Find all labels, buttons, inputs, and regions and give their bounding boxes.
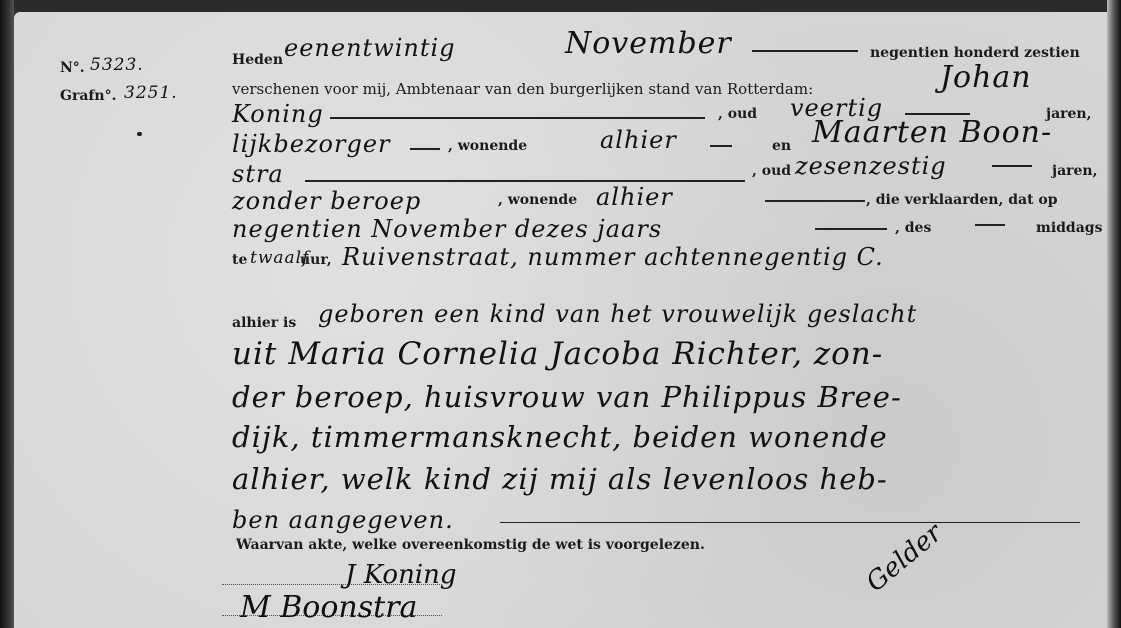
hand-firstname: Johan — [940, 60, 1032, 95]
ink-spot — [137, 132, 142, 136]
printed-oud-2: , oud — [752, 163, 791, 179]
fill-line — [330, 117, 705, 119]
printed-middags: middags — [1036, 220, 1102, 236]
scan-right-border — [1107, 0, 1121, 628]
hand-day: eenentwintig — [284, 34, 456, 62]
hand-residence: alhier — [600, 126, 677, 154]
printed-closing: Waarvan akte, welke overeenkomstig de we… — [236, 537, 705, 553]
printed-des: , des — [895, 220, 931, 236]
fill-line — [992, 165, 1032, 167]
signature-declarant-1: J Koning — [345, 560, 457, 590]
hand-declaration-end: ben aangegeven. — [232, 506, 454, 534]
hand-surname: Koning — [232, 100, 324, 128]
printed-jaren-2: jaren, — [1052, 163, 1097, 179]
printed-declared: , die verklaarden, dat op — [866, 192, 1058, 208]
printed-jaren: jaren, — [1046, 106, 1091, 122]
hand-month: November — [565, 26, 732, 61]
signature-declarant-2: M Boonstra — [240, 590, 417, 625]
printed-born-here: alhier is — [232, 315, 296, 331]
fill-line — [710, 145, 732, 147]
record-number-label: N°. — [60, 60, 85, 76]
hand-declaration: alhier, welk kind zij mij als levenloos … — [232, 462, 888, 496]
hand-second-declarant: Maarten Boon- — [812, 115, 1052, 150]
fill-line — [752, 50, 858, 52]
hand-father-occupation: dijk, timmermansknecht, beiden wonende — [232, 420, 888, 454]
fill-line — [975, 224, 1005, 226]
printed-te: te — [232, 252, 247, 268]
grave-number-label: Grafn°. — [60, 88, 116, 104]
printed-wonende-2: , wonende — [498, 192, 577, 208]
hand-birth-statement: geboren een kind van het vrouwelijk gesl… — [318, 300, 917, 328]
grave-number-value: 3251. — [124, 83, 178, 103]
fill-line — [815, 228, 887, 230]
hand-age-2: zesenzestig — [795, 152, 947, 180]
closing-line — [500, 522, 1080, 523]
hand-occupation-2: zonder beroep — [232, 187, 421, 215]
hand-birth-date: negentien November dezes jaars — [232, 215, 662, 243]
hand-second-declarant-cont: stra — [232, 160, 284, 188]
printed-year: negentien honderd zestien — [870, 45, 1080, 61]
hand-occupation: lijkbezorger — [232, 130, 391, 158]
hand-residence-2: alhier — [596, 183, 673, 211]
printed-appeared: verschenen voor mij, Ambtenaar van den b… — [232, 80, 813, 98]
fill-line — [410, 148, 440, 150]
hand-address: Ruivenstraat, nummer achtennegentig C. — [342, 243, 884, 271]
scan-left-border — [0, 0, 14, 628]
hand-mother-occupation-father: der beroep, huisvrouw van Philippus Bree… — [232, 380, 902, 414]
printed-uur: uur, — [300, 252, 332, 268]
fill-line — [305, 180, 745, 182]
hand-mother: uit Maria Cornelia Jacoba Richter, zon- — [232, 336, 883, 372]
printed-oud: , oud — [718, 106, 757, 122]
printed-en: en — [772, 138, 791, 154]
printed-wonende: , wonende — [448, 138, 527, 154]
record-number-value: 5323. — [90, 55, 144, 75]
fill-line — [765, 200, 865, 202]
printed-heden: Heden — [232, 52, 283, 68]
